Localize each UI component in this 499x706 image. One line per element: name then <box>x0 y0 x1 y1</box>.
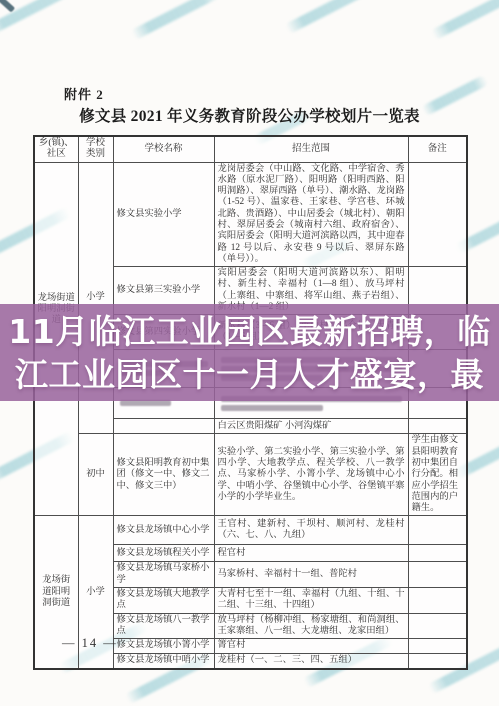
header-category: 学校类别 <box>78 136 113 162</box>
enrollment-range: 放马坪村（杨柳冲组、杨家塘组、和尚洞组、王家寨组、八一组、大龙塘组、龙家田组） <box>214 613 408 639</box>
enrollment-range: 龙岗居委会（中山路、文化路、中学宿舍、秀水路（原水泥厂路）、阳明路（阳明西路、阳… <box>214 162 408 267</box>
watermark-smudge <box>431 0 499 40</box>
table-row: 龙场街道阳明洞街道 小学 修文县龙场镇中心小学 王官村、建新村、干坝村、顺河村、… <box>34 516 467 545</box>
enrollment-range: 箐官村 <box>214 639 408 653</box>
remark-cell <box>408 419 467 434</box>
header-remarks: 备注 <box>408 136 467 162</box>
enrollment-range: 王官村、建新村、干坝村、顺河村、龙桂村（六、七、八、九组） <box>214 516 408 545</box>
enrollment-range: 实验小学、第二实验小学、第三实验小学、第四小学、大地教学点、程关学校、八一教学点… <box>214 434 408 516</box>
school-name: 修文县龙场镇马家桥小学 <box>113 562 214 588</box>
table-row: 初中 修文县阳明教育初中集团（修文一中、修文二中、修文三中） 实验小学、第二实验… <box>34 434 467 516</box>
banner-text-line-1: 11月临江工业园区最新招聘，临 <box>0 310 499 353</box>
watermark-smudge <box>131 0 222 40</box>
category-cell-junior: 初中 <box>78 434 113 516</box>
scanned-document-page: { "page": { "attachment_label": "附件 2", … <box>0 0 499 706</box>
promo-banner-overlay: 11月临江工业园区最新招聘，临 江工业园区十一月人才盛宴，最 <box>0 304 499 401</box>
remark-cell <box>408 516 467 545</box>
remark-cell <box>408 162 467 267</box>
school-name: 修文县龙场镇中哨小学 <box>113 653 214 669</box>
school-name: 修文县龙场镇中心小学 <box>113 516 214 545</box>
page-title: 修文县 2021 年义务教育阶段公办学校划片一览表 <box>33 104 466 126</box>
school-district-table: 乡(镇)、社区 学校类别 学校名称 招生范围 备注 龙场街道阳明洞街道 小学 修… <box>33 135 468 670</box>
header-township: 乡(镇)、社区 <box>34 136 78 162</box>
school-name: 修文县龙场镇程关小学 <box>113 545 214 562</box>
school-name: 修文县实验小学 <box>113 162 214 267</box>
watermark-smudge <box>285 0 376 34</box>
remark-cell <box>408 639 467 653</box>
remark-cell <box>408 562 467 588</box>
attachment-label: 附件 2 <box>64 84 104 103</box>
school-name: 修文县阳明教育初中集团（修文一中、修文二中、修文三中） <box>113 434 214 516</box>
school-name: 修文县龙场镇八一教学点 <box>113 613 214 639</box>
enrollment-range: 白云区贵阳煤矿 小河沟煤矿 <box>214 419 408 434</box>
table-row: 龙场街道阳明洞街道 小学 修文县实验小学 龙岗居委会（中山路、文化路、中学宿舍、… <box>34 162 467 267</box>
page-number: — 14 — <box>62 636 118 651</box>
table-header-row: 乡(镇)、社区 学校类别 学校名称 招生范围 备注 <box>34 136 467 162</box>
header-enrollment-range: 招生范围 <box>214 136 408 162</box>
school-name <box>113 419 214 434</box>
enrollment-range: 马家桥村、幸福村十一组、普陀村 <box>214 562 408 588</box>
remark-cell <box>408 653 467 669</box>
banner-text-line-2: 江工业园区十一月人才盛宴，最 <box>0 353 499 396</box>
remark-cell: 学生由修文县阳明教育初中集团自行分配。相应小学招生范围内的户籍生。 <box>408 434 467 516</box>
header-school-name: 学校名称 <box>113 136 214 162</box>
school-name: 修文县龙场镇小箐小学 <box>113 639 214 653</box>
illegible-text-smudge <box>120 400 172 406</box>
remark-cell <box>408 588 467 614</box>
remark-cell <box>408 613 467 639</box>
enrollment-range: 龙桂村（一、二、三、四、五组） <box>214 653 408 669</box>
remark-cell <box>408 545 467 562</box>
illegible-text-smudge <box>221 405 324 411</box>
enrollment-range: 程官村 <box>214 545 408 562</box>
enrollment-range: 大青村七至十一组、幸福村（九组、十组、十二组、十三组、十四组） <box>214 588 408 614</box>
school-name: 修文县龙场镇大地教学点 <box>113 588 214 614</box>
